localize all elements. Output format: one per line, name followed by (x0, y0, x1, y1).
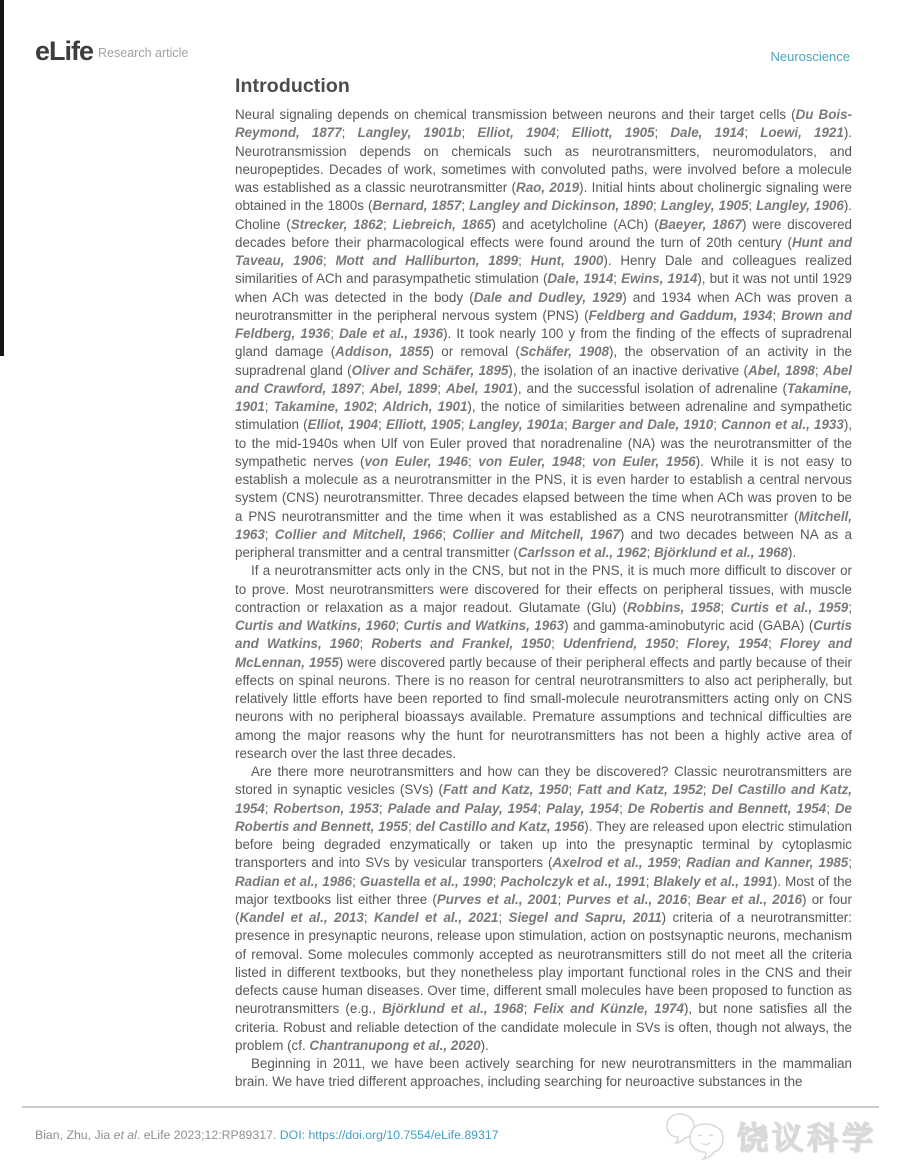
body-text: ; (772, 308, 781, 323)
body-text: ; (395, 618, 403, 633)
citation-link[interactable]: Dale and Dudley, 1929 (474, 290, 622, 305)
citation-link[interactable]: Dale et al., 1936 (339, 326, 443, 341)
citation-link[interactable]: Roberts and Frankel, 1950 (371, 636, 551, 651)
body-text: ; (498, 910, 508, 925)
body-text: ; (848, 855, 852, 870)
citation-link[interactable]: Siegel and Sapru, 2011 (509, 910, 662, 925)
footer-journal-ref: . eLife 2023;12:RP89317. (137, 1128, 280, 1142)
body-text: ; (558, 892, 567, 907)
body-text: ; (720, 600, 730, 615)
citation-link[interactable]: Langley and Dickinson, 1890 (469, 198, 653, 213)
raoyi-science-logo-icon (665, 1110, 727, 1160)
body-text: ; (265, 527, 275, 542)
body-text: ). (788, 545, 796, 560)
citation-link[interactable]: Aldrich, 1901 (383, 399, 468, 414)
footer-citation: Bian, Zhu, Jia et al. eLife 2023;12:RP89… (35, 1128, 499, 1142)
body-text: ; (655, 125, 671, 140)
body-text: ; (352, 874, 360, 889)
citation-link[interactable]: Langley, 1901b (358, 125, 462, 140)
body-text: ; (379, 801, 388, 816)
body-text: ; (518, 253, 531, 268)
citation-link[interactable]: Guastella et al., 1990 (360, 874, 493, 889)
citation-link[interactable]: Ewins, 1914 (621, 271, 697, 286)
citation-link[interactable]: Curtis and Watkins, 1963 (404, 618, 564, 633)
body-text: ; (744, 125, 760, 140)
page-edge-artifact (0, 0, 4, 356)
citation-link[interactable]: Oliver and Schäfer, 1895 (352, 363, 509, 378)
body-text: Neural signaling depends on chemical tra… (235, 107, 796, 122)
citation-link[interactable]: Langley, 1905 (661, 198, 749, 213)
citation-link[interactable]: Elliot, 1904 (477, 125, 555, 140)
citation-link[interactable]: Liebreich, 1865 (393, 217, 492, 232)
body-text: ; (653, 198, 661, 213)
body-text: ), and the successful isolation of adren… (513, 381, 787, 396)
watermark-text: 饶议科学 (737, 1113, 877, 1158)
body-text: ; (378, 417, 386, 432)
body-text: ; (461, 198, 469, 213)
citation-link[interactable]: Abel, 1901 (446, 381, 513, 396)
article-column: Introduction Neural signaling depends on… (235, 75, 852, 1092)
citation-link[interactable]: Fatt and Katz, 1952 (577, 782, 703, 797)
citation-link[interactable]: Collier and Mitchell, 1967 (452, 527, 620, 542)
citation-link[interactable]: Dale, 1914 (547, 271, 613, 286)
body-text: ; (646, 874, 654, 889)
citation-link[interactable]: Kandel et al., 2013 (239, 910, 363, 925)
paragraph: Beginning in 2011, we have been actively… (235, 1055, 852, 1092)
footer-et-al: et al (114, 1128, 137, 1142)
body-text: ; (265, 399, 274, 414)
citation-link[interactable]: Chantranupong et al., 2020 (309, 1038, 480, 1053)
body-text: ; (537, 801, 546, 816)
body-text: ) were discovered partly because of thei… (235, 655, 852, 761)
citation-link[interactable]: von Euler, 1956 (592, 454, 695, 469)
citation-link[interactable]: Kandel et al., 2021 (374, 910, 498, 925)
citation-link[interactable]: Elliott, 1905 (386, 417, 461, 432)
body-text: ; (408, 819, 416, 834)
citation-link[interactable]: Langley, 1901a (469, 417, 564, 432)
article-type-label: Research article (98, 46, 188, 60)
citation-link[interactable]: De Robertis and Bennett, 1954 (628, 801, 826, 816)
body-text: ; (619, 801, 628, 816)
body-text: ; (582, 454, 592, 469)
citation-link[interactable]: Björklund et al., 1968 (654, 545, 788, 560)
body-text: ; (675, 636, 687, 651)
subject-link[interactable]: Neuroscience (771, 49, 851, 64)
citation-link[interactable]: Barger and Dale, 1910 (572, 417, 713, 432)
citation-link[interactable]: Curtis et al., 1959 (730, 600, 848, 615)
body-text: ; (330, 326, 339, 341)
body-text: ; (551, 636, 563, 651)
citation-link[interactable]: Fatt and Katz, 1950 (443, 782, 569, 797)
citation-link[interactable]: Udenfriend, 1950 (563, 636, 675, 651)
citation-link[interactable]: Cannon et al., 1933 (721, 417, 844, 432)
body-text: ), the isolation of an inactive derivati… (508, 363, 748, 378)
citation-link[interactable]: del Castillo and Katz, 1956 (416, 819, 585, 834)
citation-link[interactable]: Florey, 1954 (687, 636, 768, 651)
citation-link[interactable]: Purves et al., 2016 (567, 892, 688, 907)
paragraph: Are there more neurotransmitters and how… (235, 763, 852, 1055)
body-text: ) and gamma-aminobutyric acid (GABA) ( (564, 618, 813, 633)
body-text: ; (383, 217, 393, 232)
page-header: eLifeResearch article Neuroscience (35, 36, 850, 72)
body-text: ; (677, 855, 686, 870)
paragraph: If a neurotransmitter acts only in the C… (235, 562, 852, 763)
footer-authors: Bian, Zhu, Jia (35, 1128, 114, 1142)
citation-link[interactable]: Rao, 2019 (516, 180, 579, 195)
paragraph: Neural signaling depends on chemical tra… (235, 106, 852, 562)
citation-link[interactable]: Elliot, 1904 (308, 417, 378, 432)
citation-link[interactable]: Abel, 1898 (748, 363, 815, 378)
citation-link[interactable]: Strecker, 1862 (291, 217, 383, 232)
body-text: ; (437, 381, 446, 396)
body-text: ; (713, 417, 721, 432)
body-text: ; (748, 198, 756, 213)
citation-link[interactable]: Carlsson et al., 1962 (518, 545, 647, 560)
body-text: ; (364, 910, 374, 925)
citation-link[interactable]: von Euler, 1948 (478, 454, 581, 469)
body-text: ; (613, 271, 621, 286)
body-text: ; (568, 782, 577, 797)
citation-link[interactable]: Radian and Kanner, 1985 (686, 855, 848, 870)
citation-link[interactable]: Palade and Palay, 1954 (388, 801, 538, 816)
citation-link[interactable]: Feldberg and Gaddum, 1934 (589, 308, 773, 323)
doi-link[interactable]: DOI: https://doi.org/10.7554/eLife.89317 (280, 1128, 499, 1142)
body-text: ; (826, 801, 835, 816)
body-text: ; (703, 782, 712, 797)
citation-link[interactable]: Loewi, 1921 (760, 125, 844, 140)
body-text: ; (647, 545, 654, 560)
citation-link[interactable]: Curtis and Watkins, 1960 (235, 618, 395, 633)
body-text: ; (461, 417, 469, 432)
citation-link[interactable]: Pacholczyk et al., 1991 (500, 874, 645, 889)
elife-logo: eLife (35, 36, 93, 67)
body-text: ; (687, 892, 696, 907)
body-text: ; (468, 454, 478, 469)
citation-link[interactable]: Langley, 1906 (756, 198, 844, 213)
body-text: ; (815, 363, 823, 378)
body-text: ) or removal ( (430, 344, 520, 359)
citation-link[interactable]: von Euler, 1946 (364, 454, 467, 469)
citation-link[interactable]: Purves et al., 2001 (437, 892, 558, 907)
citation-link[interactable]: Dale, 1914 (670, 125, 744, 140)
citation-link[interactable]: Baeyer, 1867 (659, 217, 742, 232)
body-text: ; (848, 600, 852, 615)
citation-link[interactable]: Blakely et al., 1991 (654, 874, 773, 889)
watermark: 饶议科学 (665, 1110, 877, 1160)
body-text: ; (556, 125, 572, 140)
citation-link[interactable]: Hunt, 1900 (531, 253, 604, 268)
article-body: Neural signaling depends on chemical tra… (235, 106, 852, 1092)
body-text: ; (442, 527, 452, 542)
body-text: ; (564, 417, 572, 432)
body-text: ; (323, 253, 336, 268)
body-text: ; (768, 636, 780, 651)
body-text: ; (374, 399, 383, 414)
citation-link[interactable]: Palay, 1954 (546, 801, 619, 816)
citation-link[interactable]: Bear et al., 2016 (696, 892, 802, 907)
citation-link[interactable]: Takamine, 1902 (274, 399, 374, 414)
citation-link[interactable]: Abel, 1899 (370, 381, 437, 396)
footer-divider (22, 1106, 879, 1108)
citation-link[interactable]: Collier and Mitchell, 1966 (275, 527, 443, 542)
citation-link[interactable]: Schäfer, 1908 (520, 344, 609, 359)
citation-link[interactable]: Björklund et al., 1968 (382, 1001, 523, 1016)
body-text: ; (360, 636, 372, 651)
citation-link[interactable]: Addison, 1855 (335, 344, 429, 359)
citation-link[interactable]: Radian et al., 1986 (235, 874, 352, 889)
citation-link[interactable]: Robertson, 1953 (273, 801, 378, 816)
citation-link[interactable]: Mott and Halliburton, 1899 (335, 253, 518, 268)
body-text: ). (481, 1038, 489, 1053)
citation-link[interactable]: Robbins, 1958 (627, 600, 720, 615)
body-text: ; (462, 125, 478, 140)
body-text: ; (361, 381, 370, 396)
citation-link[interactable]: Axelrod et al., 1959 (552, 855, 677, 870)
section-title: Introduction (235, 75, 852, 98)
citation-link[interactable]: Elliott, 1905 (572, 125, 655, 140)
citation-link[interactable]: Bernard, 1857 (372, 198, 461, 213)
body-text: ; (524, 1001, 534, 1016)
citation-link[interactable]: Felix and Künzle, 1974 (534, 1001, 684, 1016)
body-text: ; (342, 125, 358, 140)
body-text: Beginning in 2011, we have been actively… (235, 1056, 852, 1089)
body-text: ) and acetylcholine (ACh) ( (492, 217, 659, 232)
